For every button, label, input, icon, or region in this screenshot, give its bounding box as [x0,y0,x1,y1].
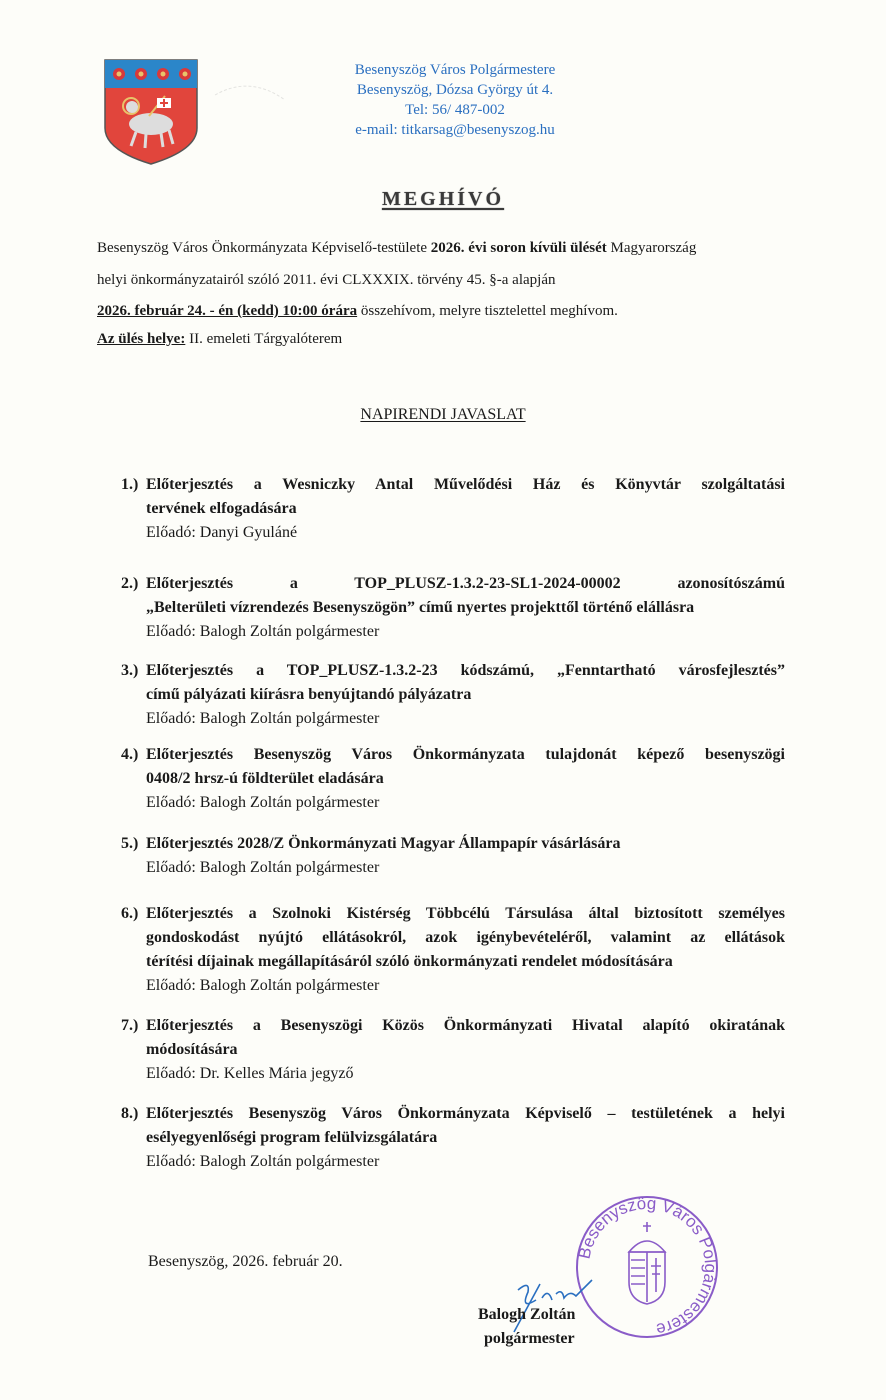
agenda-item-topic: Előterjesztés Besenyszög Város Önkormány… [146,743,785,767]
letterhead-address: Besenyszög, Dózsa György út 4. [300,80,610,100]
agenda-item-presenter: Előadó: Balogh Zoltán polgármester [146,856,785,880]
letterhead-email: e-mail: titkarsag@besenyszog.hu [300,120,610,140]
place-and-date: Besenyszög, 2026. február 20. [148,1253,343,1271]
intro-text: összehívom, melyre tisztelettel meghívom… [357,303,618,319]
letterhead-office: Besenyszög Város Polgármestere [300,60,610,80]
agenda-item-topic: esélyegyenlőségi program felülvizsgálatá… [146,1126,785,1150]
faint-stamp-mark [210,70,290,130]
agenda-item-number: 7.) [121,1014,138,1038]
agenda-item-presenter: Előadó: Balogh Zoltán polgármester [146,1150,785,1174]
meeting-datetime: 2026. február 24. - én (kedd) 10:00 órár… [97,303,357,319]
agenda-item-topic: Előterjesztés 2028/Z Önkormányzati Magya… [146,832,785,856]
agenda-item-number: 5.) [121,832,138,856]
signer-title: polgármester [484,1327,598,1351]
agenda-item: 8.) Előterjesztés Besenyszög Város Önkor… [121,1102,785,1174]
agenda-heading: NAPIRENDI JAVASLAT [0,406,886,424]
letterhead-phone: Tel: 56/ 487-002 [300,100,610,120]
agenda-item-topic: térítési díjainak megállapításáról szóló… [146,950,785,974]
agenda-item-topic: Előterjesztés a Besenyszögi Közös Önkorm… [146,1014,785,1038]
agenda-item-presenter: Előadó: Dr. Kelles Mária jegyző [146,1062,785,1086]
agenda-item: 1.) Előterjesztés a Wesniczky Antal Műve… [121,473,785,545]
intro-line-3: 2026. február 24. - én (kedd) 10:00 órár… [97,301,797,321]
signer-name: Balogh Zoltán [478,1303,598,1327]
agenda-item: 7.) Előterjesztés a Besenyszögi Közös Ön… [121,1014,785,1086]
agenda-item-topic: „Belterületi vízrendezés Besenyszögön” c… [146,596,785,620]
meeting-location: II. emeleti Tárgyalóterem [185,331,342,347]
agenda-item: 3.) Előterjesztés a TOP_PLUSZ-1.3.2-23 k… [121,659,785,731]
signer-block: Balogh Zoltán polgármester [478,1303,598,1351]
agenda-item-topic: című pályázati kiírásra benyújtandó pály… [146,683,785,707]
coat-of-arms [101,58,201,166]
agenda-item-topic: Előterjesztés a TOP_PLUSZ-1.3.2-23 kódsz… [146,659,785,683]
intro-line-2: helyi önkormányzatairól szóló 2011. évi … [97,270,797,290]
agenda-item-topic: Előterjesztés a Wesniczky Antal Művelődé… [146,473,785,497]
agenda-item: 2.) Előterjesztés a TOP_PLUSZ-1.3.2-23-S… [121,572,785,644]
agenda-item-number: 1.) [121,473,138,497]
document-title-text: MEGHÍVÓ [382,188,504,210]
agenda-item-number: 6.) [121,902,138,926]
agenda-item: 6.) Előterjesztés a Szolnoki Kistérség T… [121,902,785,998]
meeting-location-label: Az ülés helye: [97,331,185,347]
agenda-heading-text: NAPIRENDI JAVASLAT [360,406,525,423]
agenda-item-topic: 0408/2 hrsz-ú földterület eladására [146,767,785,791]
agenda-item-topic: módosítására [146,1038,785,1062]
agenda-item-topic: Előterjesztés a TOP_PLUSZ-1.3.2-23-SL1-2… [146,572,785,596]
agenda-item-presenter: Előadó: Balogh Zoltán polgármester [146,620,785,644]
agenda-item-presenter: Előadó: Balogh Zoltán polgármester [146,707,785,731]
agenda-item-topic: Előterjesztés a Szolnoki Kistérség Többc… [146,902,785,926]
agenda-item-presenter: Előadó: Balogh Zoltán polgármester [146,974,785,998]
intro-line-1: Besenyszög Város Önkormányzata Képviselő… [97,238,797,258]
agenda-item-presenter: Előadó: Danyi Gyuláné [146,521,785,545]
agenda-item-topic: tervének elfogadására [146,497,785,521]
intro-line-4: Az ülés helye: II. emeleti Tárgyalóterem [97,329,797,349]
agenda-item-topic: gondoskodást nyújtó ellátásokról, azok i… [146,926,785,950]
agenda-item-number: 4.) [121,743,138,767]
agenda-item-number: 3.) [121,659,138,683]
intro-text: Magyarország [607,240,697,256]
coat-of-arms-lamb-icon [101,58,201,166]
agenda-item: 5.) Előterjesztés 2028/Z Önkormányzati M… [121,832,785,880]
document-title: MEGHÍVÓ [0,188,886,211]
session-type: 2026. évi soron kívüli ülését [431,240,607,256]
intro-text: Besenyszög Város Önkormányzata Képviselő… [97,240,431,256]
agenda-item: 4.) Előterjesztés Besenyszög Város Önkor… [121,743,785,815]
agenda-item-topic: Előterjesztés Besenyszög Város Önkormány… [146,1102,785,1126]
agenda-item-presenter: Előadó: Balogh Zoltán polgármester [146,791,785,815]
letterhead: Besenyszög Város Polgármestere Besenyszö… [300,60,610,140]
agenda-item-number: 2.) [121,572,138,596]
agenda-item-number: 8.) [121,1102,138,1126]
legal-basis: helyi önkormányzatairól szóló 2011. évi … [97,272,556,288]
